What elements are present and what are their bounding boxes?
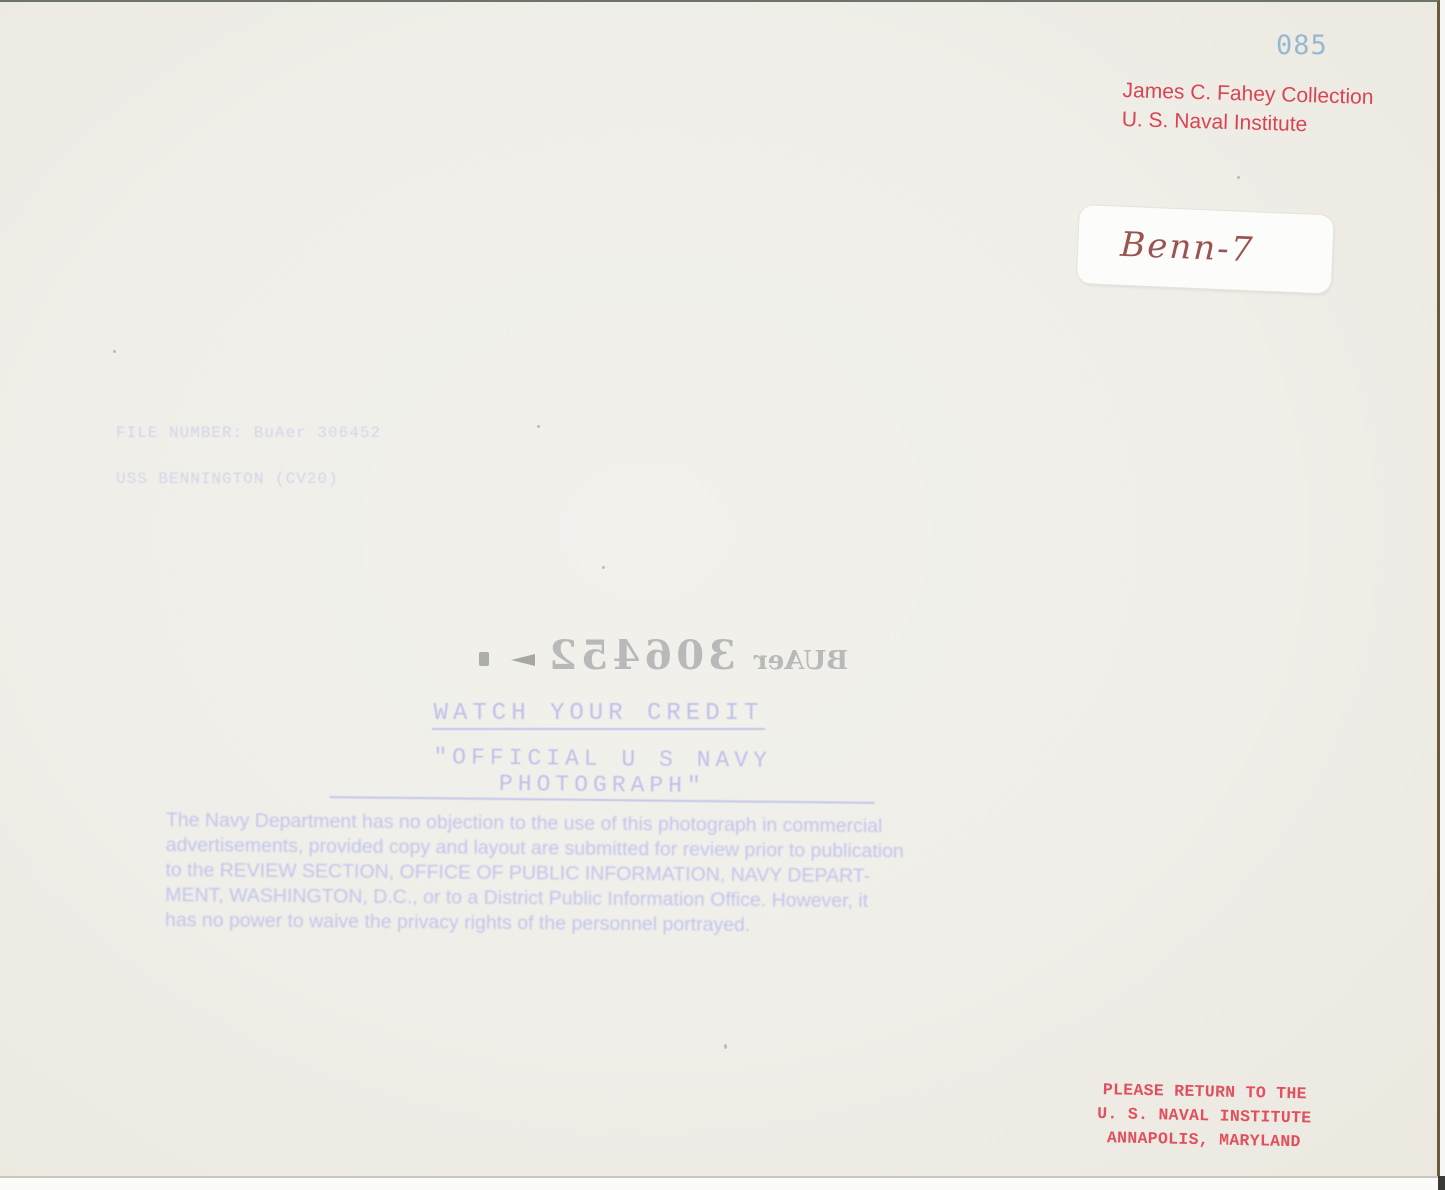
return-address-stamp: PLEASE RETURN TO THE U. S. NAVAL INSTITU… <box>1096 1078 1312 1154</box>
credit-stamp-line2: "OFFICIAL U S NAVY PHOTOGRAPH" <box>330 743 876 804</box>
scan-margin-bottom <box>0 1178 1445 1190</box>
catalog-label-text: Benn-7 <box>1120 225 1256 271</box>
return-stamp-line3: ANNAPOLIS, MARYLAND <box>1096 1126 1311 1154</box>
scan-corner-shadow <box>1438 1176 1445 1190</box>
buaer-stamp-number: 306452 <box>545 632 736 679</box>
collection-stamp: James C. Fahey Collection U. S. Naval In… <box>1121 76 1373 141</box>
arrow-icon <box>511 654 535 666</box>
paper-speck <box>724 1044 727 1049</box>
paper-speck <box>537 425 540 428</box>
catalog-label-sticker: Benn-7 <box>1077 205 1334 294</box>
paper-speck <box>113 350 116 353</box>
buaer-stamp-text: BUAer 306452 <box>545 632 848 679</box>
file-number-line: FILE NUMBER: BuAer 306452 <box>116 424 381 442</box>
serial-number-stamp: 085 <box>1276 30 1328 61</box>
buaer-number-stamp: BUAer 306452 <box>475 632 835 692</box>
buaer-stamp-prefix: BUAer <box>754 646 848 676</box>
ship-name-line: USS BENNINGTON (CV20) <box>116 470 339 488</box>
scan-margin-right <box>1440 0 1445 1190</box>
paper-speck <box>1237 176 1240 179</box>
usage-notice-paragraph: The Navy Department has no objection to … <box>165 808 1038 941</box>
credit-stamp: WATCH YOUR CREDIT "OFFICIAL U S NAVY PHO… <box>330 700 875 801</box>
stamp-mark <box>479 652 489 666</box>
paper-speck <box>602 566 605 569</box>
credit-stamp-line1: WATCH YOUR CREDIT <box>432 700 766 730</box>
photo-paper-back <box>0 0 1440 1178</box>
